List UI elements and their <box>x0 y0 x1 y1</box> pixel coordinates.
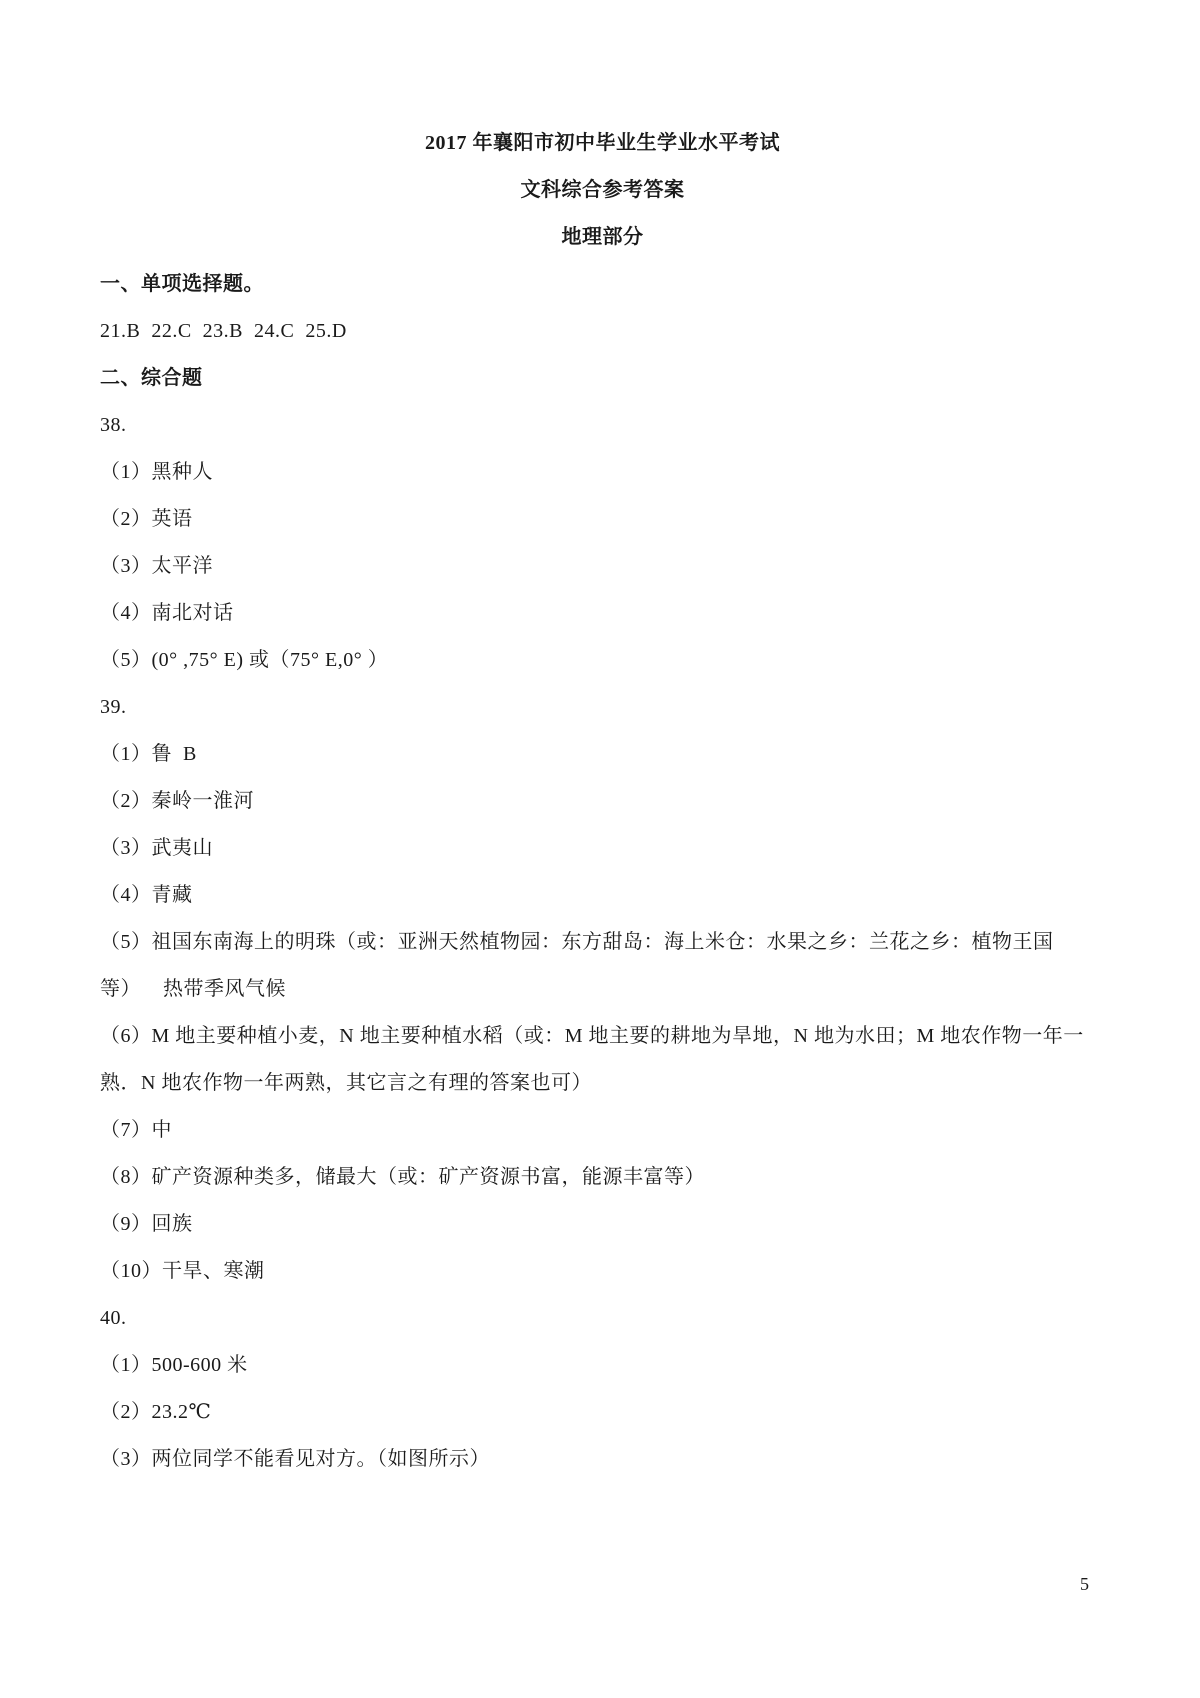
mcq-answers-line: 21.B 22.C 23.B 24.C 25.D <box>100 308 1105 355</box>
answer-line: （1）500-600 米 <box>100 1342 1105 1389</box>
document-content: 2017 年襄阳市初中毕业生学业水平考试 文科综合参考答案 地理部分 一、单项选… <box>100 120 1105 1483</box>
answer-line: （5）祖国东南海上的明珠（或：亚洲天然植物园：东方甜岛：海上米仓：水果之乡：兰花… <box>100 919 1105 966</box>
answer-line: （6）M 地主要种植小麦，N 地主要种植水稻（或：M 地主要的耕地为旱地，N 地… <box>100 1013 1105 1060</box>
answer-line: （7）中 <box>100 1107 1105 1154</box>
answer-line: （3）两位同学不能看见对方。（如图所示） <box>100 1436 1105 1483</box>
question-38-number: 38. <box>100 402 1105 449</box>
answer-line: （2）23.2℃ <box>100 1389 1105 1436</box>
document-part-heading: 地理部分 <box>100 214 1105 261</box>
answer-line: （1）黑种人 <box>100 449 1105 496</box>
answer-line: 熟．N 地农作物一年两熟，其它言之有理的答案也可） <box>100 1060 1105 1107</box>
document-page: 2017 年襄阳市初中毕业生学业水平考试 文科综合参考答案 地理部分 一、单项选… <box>0 0 1200 1698</box>
question-40-number: 40. <box>100 1295 1105 1342</box>
document-subtitle: 文科综合参考答案 <box>100 167 1105 214</box>
answer-line: 等） 热带季风气候 <box>100 966 1105 1013</box>
answer-line: （5）(0° ,75° E) 或（75° E,0° ） <box>100 637 1105 684</box>
answer-line: （10）干旱、寒潮 <box>100 1248 1105 1295</box>
answer-line: （3）武夷山 <box>100 825 1105 872</box>
page-number: 5 <box>1080 1570 1089 1598</box>
answer-line: （3）太平洋 <box>100 543 1105 590</box>
mcq-section-heading: 一、单项选择题。 <box>100 261 1105 308</box>
answer-line: （2）秦岭一淮河 <box>100 778 1105 825</box>
document-title: 2017 年襄阳市初中毕业生学业水平考试 <box>100 120 1105 167</box>
answer-line: （9）回族 <box>100 1201 1105 1248</box>
answer-line: （8）矿产资源种类多，储最大（或：矿产资源书富，能源丰富等） <box>100 1154 1105 1201</box>
answer-line: （4）青藏 <box>100 872 1105 919</box>
comprehensive-section-heading: 二、综合题 <box>100 355 1105 402</box>
answer-line: （2）英语 <box>100 496 1105 543</box>
answer-line: （1）鲁 B <box>100 731 1105 778</box>
answer-line: （4）南北对话 <box>100 590 1105 637</box>
question-39-number: 39. <box>100 684 1105 731</box>
